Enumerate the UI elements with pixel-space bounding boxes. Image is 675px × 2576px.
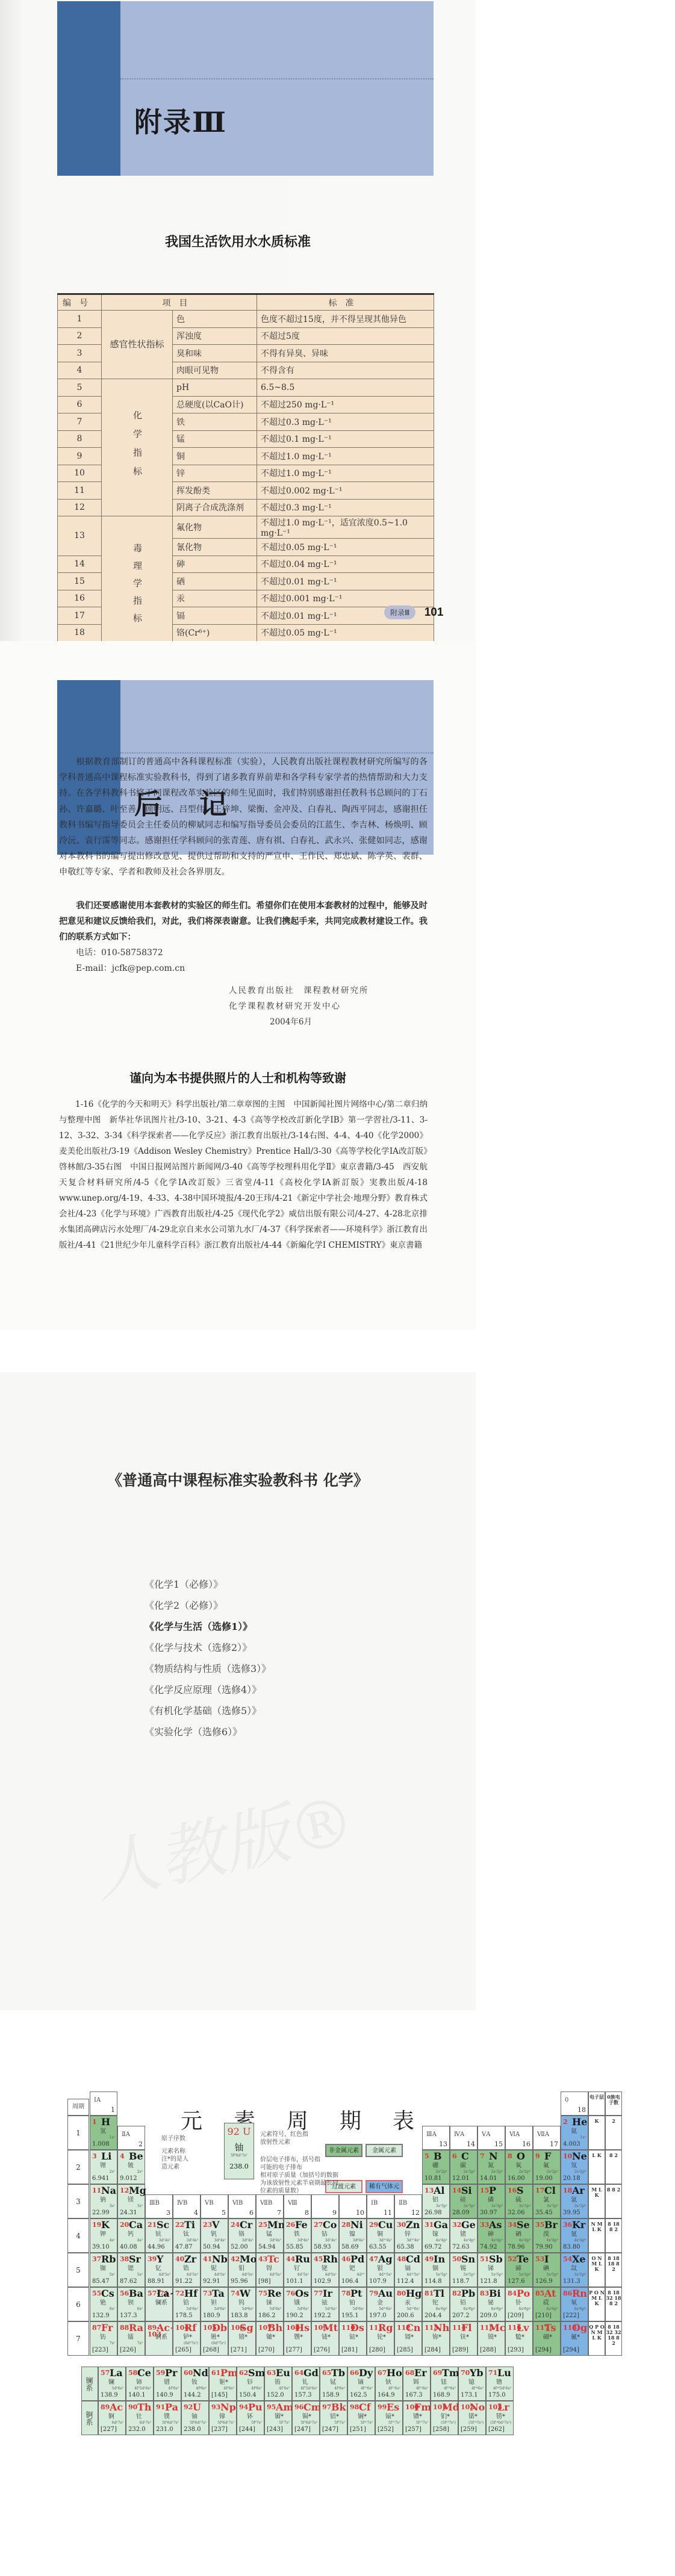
element-cell[interactable]: 107 Bh 𬭛* [270] bbox=[256, 2321, 284, 2356]
element-cell[interactable]: 114 Fl 𫓧* [289] bbox=[450, 2321, 477, 2356]
element-cell[interactable]: 68 Er 铒 4f¹²6s² 167.3 bbox=[403, 2367, 431, 2401]
element-cell[interactable]: 83 Bi 铋 6s²6p³ 209.0 bbox=[477, 2287, 505, 2321]
row-item: 氰化物 bbox=[173, 539, 257, 556]
row-standard: 不超过250 mg·L⁻¹ bbox=[257, 396, 434, 413]
category-chemical: 化学指标 bbox=[102, 379, 173, 516]
signature-center: 化学课程教材研究开发中心 bbox=[229, 999, 369, 1014]
sample-config: 5f³6d¹7s² bbox=[225, 2153, 254, 2158]
element-cell[interactable]: 116 Lv 𫟷* [293] bbox=[505, 2321, 533, 2356]
legend-metal: 金属元素 bbox=[365, 2144, 403, 2157]
sample-name: 铀 bbox=[225, 2141, 254, 2153]
element-cell[interactable]: 89 Ac 锕 6d¹7s² [227] bbox=[98, 2401, 126, 2435]
table-row: 13 毒理学指标 氟化物 不超过1.0 mg·L⁻¹，适宜浓度0.5~1.0 m… bbox=[58, 516, 434, 539]
annotation-element-name: 元素名称 注*的是人造元素 bbox=[161, 2147, 193, 2171]
row-standard: 不超过0.1 mg·L⁻¹ bbox=[257, 430, 434, 448]
element-cell[interactable]: 73 Ta 钽 5d³6s² 180.9 bbox=[201, 2287, 228, 2321]
element-cell[interactable]: 60 Nd 钕 4f⁴6s² 144.2 bbox=[181, 2367, 209, 2401]
element-cell[interactable]: 57-71 La~Lu 镧系 bbox=[145, 2287, 173, 2321]
element-cell[interactable]: 88 Ra 镭 7s² [226] bbox=[117, 2321, 145, 2356]
element-cell[interactable]: 61 Pm 钷* 4f⁵6s² [145] bbox=[209, 2367, 237, 2401]
annotation-mass: 相对原子质量（加括号的数据为该放射性元素半衰期最长同位素的质量数） bbox=[260, 2172, 338, 2195]
column-header-standard: 标准 bbox=[257, 294, 434, 311]
row-number: 2 bbox=[58, 327, 102, 345]
element-cell[interactable]: 100 Fm 镄* 5f¹²7s² [257] bbox=[403, 2401, 431, 2435]
element-cell[interactable]: 36 Kr 氪 4s²4p⁶ 83.80 bbox=[561, 2218, 588, 2253]
element-cell[interactable]: 20 Ca 钙 4s² 40.08 bbox=[117, 2218, 145, 2253]
element-cell[interactable]: 69 Tm 铥 4f¹³6s² 168.9 bbox=[431, 2367, 458, 2401]
element-cell[interactable]: 72 Hf 铪 5d²6s² 178.5 bbox=[173, 2287, 201, 2321]
element-cell[interactable]: 90 Th 钍 6d²7s² 232.0 bbox=[126, 2401, 154, 2435]
shell-layers: Q P O N M L K bbox=[588, 2321, 605, 2356]
list-item-current: 《化学与生活（选修1）》 bbox=[145, 1616, 271, 1637]
element-cell[interactable]: 6 C 碳 2s²2p² 12.01 bbox=[450, 2150, 477, 2184]
group-header: ⅦB7 bbox=[256, 2194, 284, 2218]
group-header: 9 bbox=[311, 2194, 339, 2218]
period-label: 2 bbox=[67, 2150, 89, 2184]
row-standard: 不得含有 bbox=[257, 362, 434, 379]
element-cell[interactable]: 25 Mn 锰 3d⁵4s² 54.94 bbox=[256, 2218, 284, 2253]
element-cell[interactable]: 15 P 磷 3s²3p³ 30.97 bbox=[477, 2184, 505, 2218]
element-cell[interactable]: 56 Ba 钡 6s² 137.3 bbox=[117, 2287, 145, 2321]
element-cell[interactable]: 96 Cm 锔* 5f⁷6d¹7s² [247] bbox=[292, 2401, 320, 2435]
row-number: 6 bbox=[58, 396, 102, 413]
period-label: 1 bbox=[67, 2116, 89, 2150]
header-dotted-rule bbox=[120, 78, 434, 79]
group-header: ⅣA14 bbox=[450, 2126, 477, 2150]
group-header: ⅥB6 bbox=[228, 2194, 256, 2218]
period-label: 6 bbox=[67, 2287, 89, 2321]
row-standard: 色度不超过15度，并不得呈现其他异色 bbox=[257, 311, 434, 328]
element-cell[interactable]: 35 Br 溴 4s²4p⁵ 79.90 bbox=[533, 2218, 561, 2253]
element-cell[interactable]: 24 Cr 铬 3d⁵4s¹ 52.00 bbox=[228, 2218, 256, 2253]
list-item: 《实验化学（选修6）》 bbox=[145, 1721, 271, 1742]
element-cell[interactable]: 41 Nb 铌 4d⁴5s¹ 92.91 bbox=[201, 2253, 228, 2287]
shell-layers: O N M L K bbox=[588, 2253, 605, 2287]
paragraph-text: 根据教育部制订的普通高中各科课程标准（实验），人民教育出版社课程教材研究所编写的… bbox=[59, 754, 428, 881]
element-cell[interactable]: 99 Es 锿* 5f¹¹7s² [252] bbox=[375, 2401, 403, 2435]
element-cell[interactable]: 64 Gd 钆 4f⁷5d¹6s² 157.3 bbox=[292, 2367, 320, 2401]
element-cell[interactable]: 22 Ti 钛 3d²4s² 47.87 bbox=[173, 2218, 201, 2253]
row-item: 锰 bbox=[173, 430, 257, 448]
element-cell[interactable]: 50 Sn 锡 5s²5p² 118.7 bbox=[450, 2253, 477, 2287]
header-accent-bar bbox=[57, 1, 120, 176]
group-header: 018 bbox=[561, 2091, 588, 2116]
row-standard: 不超过0.3 mg·L⁻¹ bbox=[257, 413, 434, 431]
list-item: 《化学反应原理（选修4）》 bbox=[145, 1679, 271, 1700]
row-number: 15 bbox=[58, 573, 102, 590]
group-header: ⅠB11 bbox=[367, 2194, 394, 2218]
element-cell[interactable]: 11 Na 钠 3s¹ 22.99 bbox=[90, 2184, 117, 2218]
shell-layers: L K bbox=[588, 2150, 605, 2184]
shell-electron-counts: 8 2 bbox=[605, 2150, 622, 2184]
element-cell[interactable]: 111 Rg 𬬭* [280] bbox=[367, 2321, 394, 2356]
element-cell[interactable]: 48 Cd 镉 4d¹⁰5s² 112.4 bbox=[394, 2253, 422, 2287]
shell-layers: M L K bbox=[588, 2184, 605, 2218]
annotation-symbol: 元素符号，红色指放射性元素 bbox=[260, 2131, 311, 2146]
afterword-paragraph-2: 我们还要感谢使用本套教材的实验区的师生们。希望你们在使用本套教材的过程中，能够及… bbox=[59, 898, 428, 946]
element-cell[interactable]: 53 I 碘 5s²5p⁵ 126.9 bbox=[533, 2253, 561, 2287]
row-item: 氟化物 bbox=[173, 516, 257, 539]
element-cell[interactable]: 112 Cn 鿔* [285] bbox=[394, 2321, 422, 2356]
element-cell[interactable]: 78 Pt 铂 5d⁹6s¹ 195.1 bbox=[339, 2287, 367, 2321]
row-number: 16 bbox=[58, 590, 102, 607]
element-cell[interactable]: 16 S 硫 3s²3p⁴ 32.06 bbox=[505, 2184, 533, 2218]
series-title: 《普通高中课程标准实验教科书 化学》 bbox=[0, 1469, 476, 1490]
row-number: 3 bbox=[58, 345, 102, 362]
element-cell[interactable]: 87 Fr 钫 7s¹ [223] bbox=[90, 2321, 117, 2356]
folio-section-label: 附录Ⅲ bbox=[384, 605, 415, 619]
table-title: 我国生活饮用水水质标准 bbox=[0, 232, 476, 250]
element-cell[interactable]: 27 Co 钴 3d⁷4s² 58.93 bbox=[311, 2218, 339, 2253]
period-label: 5 bbox=[67, 2253, 89, 2287]
element-cell[interactable]: 12 Mg 镁 3s² 24.31 bbox=[117, 2184, 145, 2218]
row-number: 7 bbox=[58, 413, 102, 431]
shell-electron-counts: 2 bbox=[605, 2116, 622, 2150]
element-cell[interactable]: 75 Re 铼 5d⁵6s² 186.2 bbox=[256, 2287, 284, 2321]
row-item: 浑浊度 bbox=[173, 327, 257, 345]
chapter-header-band: 附录Ⅲ bbox=[57, 1, 434, 176]
group-header: ⅤA15 bbox=[477, 2126, 505, 2150]
element-cell[interactable]: 101 Md 钔* (5f¹³7s²) [258] bbox=[431, 2401, 458, 2435]
element-cell[interactable]: 13 Al 铝 3s²3p¹ 26.98 bbox=[422, 2184, 450, 2218]
water-standard-table: 编号 项目 标准 1 感官性状指标 色 色度不超过15度，并不得呈现其他异色 2… bbox=[57, 293, 434, 641]
row-number: 1 bbox=[58, 311, 102, 328]
element-cell[interactable]: 95 Am 镅* 5f⁷7s² [243] bbox=[264, 2401, 292, 2435]
signature-date: 2004年6月 bbox=[229, 1014, 369, 1030]
lanthanide-label: 镧系 bbox=[81, 2367, 98, 2401]
element-cell[interactable]: 4 Be 铍 2s² 9.012 bbox=[117, 2150, 145, 2184]
element-cell[interactable]: 5 B 硼 2s²2p¹ 10.81 bbox=[422, 2150, 450, 2184]
page-appendix-3: 附录Ⅲ 我国生活饮用水水质标准 编号 项目 标准 1 感官性状指标 色 色度不超… bbox=[0, 0, 476, 641]
period-label: 3 bbox=[67, 2184, 89, 2218]
element-cell[interactable]: 28 Ni 镍 3d⁸4s² 58.69 bbox=[339, 2218, 367, 2253]
element-cell[interactable]: 91 Pa 镤 5f²6d¹7s² 231.0 bbox=[154, 2401, 181, 2435]
element-cell[interactable]: 92 U 铀 5f³6d¹7s² 238.0 bbox=[181, 2401, 209, 2435]
row-item: 汞 bbox=[173, 590, 257, 607]
element-cell[interactable]: 103 Lr 铹* (5f¹⁴6d¹7s²) [262] bbox=[486, 2401, 514, 2435]
element-cell[interactable]: 98 Cf 锎* 5f¹⁰7s² [251] bbox=[347, 2401, 375, 2435]
element-cell[interactable]: 84 Po 钋 6s²6p⁴ [209] bbox=[505, 2287, 533, 2321]
row-standard: 不超过1.0 mg·L⁻¹，适宜浓度0.5~1.0 mg·L⁻¹ bbox=[257, 516, 434, 539]
row-standard: 不超过0.3 mg·L⁻¹ bbox=[257, 499, 434, 516]
actinide-label: 锕系 bbox=[81, 2401, 98, 2435]
element-cell[interactable]: 32 Ge 锗 4s²4p² 72.63 bbox=[450, 2218, 477, 2253]
annotation-config: 价层电子排布，括号指可能的电子排布 bbox=[260, 2156, 320, 2172]
element-cell[interactable]: 29 Cu 铜 3d¹⁰4s¹ 63.55 bbox=[367, 2218, 394, 2253]
list-item: 《化学2（必修）》 bbox=[145, 1595, 271, 1616]
page-number: 101 bbox=[425, 606, 444, 619]
row-item: 铜 bbox=[173, 448, 257, 465]
element-cell[interactable]: 55 Cs 铯 6s¹ 132.9 bbox=[90, 2287, 117, 2321]
row-number: 11 bbox=[58, 482, 102, 500]
legend-noble-gas: 稀有气体元素 bbox=[365, 2180, 403, 2193]
email-address[interactable]: E-mail：jcfk@pep.com.cn bbox=[76, 961, 185, 976]
page-folio: 附录Ⅲ 101 bbox=[384, 605, 443, 619]
row-item: 肉眼可见物 bbox=[173, 362, 257, 379]
row-number: 9 bbox=[58, 448, 102, 465]
row-standard: 不超过0.04 mg·L⁻¹ bbox=[257, 556, 434, 573]
element-cell[interactable]: 85 At 砹 6s²6p⁵ [210] bbox=[533, 2287, 561, 2321]
row-item: 锌 bbox=[173, 465, 257, 482]
element-cell[interactable]: 94 Pu 钚 5f⁶7s² [244] bbox=[237, 2401, 264, 2435]
page-series-list: 《普通高中课程标准实验教科书 化学》 《化学1（必修）》 《化学2（必修）》 《… bbox=[0, 1372, 476, 2010]
element-cell[interactable]: 104 Rf 𬬻* (6d²7s²) [265] bbox=[173, 2321, 201, 2356]
sample-z-symbol: 92 U bbox=[225, 2126, 254, 2137]
row-standard: 不超过0.05 mg·L⁻¹ bbox=[257, 539, 434, 556]
row-item: 阴离子合成洗涤剂 bbox=[173, 499, 257, 516]
table-header-row: 编号 项目 标准 bbox=[58, 294, 434, 311]
shell-electron-counts: 8 18 32 32 18 8 2 bbox=[605, 2321, 622, 2356]
element-cell[interactable]: 65 Tb 铽 4f⁹6s² 158.9 bbox=[320, 2367, 347, 2401]
element-cell[interactable]: 93 Np 镎 5f⁴6d¹7s² [237] bbox=[209, 2401, 237, 2435]
element-cell[interactable]: 67 Ho 钬 4f¹¹6s² 164.9 bbox=[375, 2367, 403, 2401]
group-header: ⅡB12 bbox=[394, 2194, 422, 2218]
element-cell[interactable]: 57 La 镧 5d¹6s² 138.9 bbox=[98, 2367, 126, 2401]
chapter-title: 附录Ⅲ bbox=[134, 101, 227, 140]
row-standard: 不超过0.05 mg·L⁻¹ bbox=[257, 624, 434, 641]
period-header: 周期 bbox=[67, 2099, 89, 2116]
element-cell[interactable]: 117 Ts 鿬* [294] bbox=[533, 2321, 561, 2356]
row-item: 铬(Cr⁶⁺) bbox=[173, 624, 257, 641]
row-standard: 6.5~8.5 bbox=[257, 379, 434, 397]
element-cell[interactable]: 86 Rn 氡 6s²6p⁶ [222] bbox=[561, 2287, 588, 2321]
group-header: ⅢA13 bbox=[422, 2126, 450, 2150]
row-item: 挥发酚类 bbox=[173, 482, 257, 500]
afterword-paragraph-1: 根据教育部制订的普通高中各科课程标准（实验），人民教育出版社课程教材研究所编写的… bbox=[59, 754, 428, 881]
element-cell[interactable]: 42 Mo 钼 4d⁵5s¹ 95.96 bbox=[228, 2253, 256, 2287]
shell-layers: K bbox=[588, 2116, 605, 2150]
group-header: ⅠA1 bbox=[90, 2091, 117, 2116]
legend-nonmetal: 非金属元素 bbox=[325, 2144, 362, 2157]
signature-block: 人民教育出版社 课程教材研究所 化学课程教材研究开发中心 2004年6月 bbox=[229, 983, 369, 1030]
sample-mass: 238.0 bbox=[225, 2163, 254, 2170]
paragraph-text: 我们还要感谢使用本套教材的实验区的师生们。希望你们在使用本套教材的过程中，能够及… bbox=[59, 898, 428, 946]
shell-layers: N M L K bbox=[588, 2218, 605, 2253]
element-cell[interactable]: 51 Sb 锑 5s²5p³ 121.8 bbox=[477, 2253, 505, 2287]
element-cell[interactable]: 79 Au 金 5d¹⁰6s¹ 197.0 bbox=[367, 2287, 394, 2321]
element-cell[interactable]: 44 Ru 钌 4d⁷5s¹ 101.1 bbox=[284, 2253, 311, 2287]
row-number: 8 bbox=[58, 430, 102, 448]
row-standard: 不超过1.0 mg·L⁻¹ bbox=[257, 465, 434, 482]
element-cell[interactable]: 89-103 Ac~Lr 锕系 bbox=[145, 2321, 173, 2356]
element-cell[interactable]: 81 Tl 铊 6s²6p¹ 204.4 bbox=[422, 2287, 450, 2321]
book-list: 《化学1（必修）》 《化学2（必修）》 《化学与生活（选修1）》 《化学与技术（… bbox=[145, 1574, 271, 1742]
element-cell[interactable]: 70 Yb 镱 4f¹⁴6s² 173.1 bbox=[458, 2367, 486, 2401]
group-header: ⅡA2 bbox=[117, 2126, 145, 2150]
row-standard: 不得有异臭、异味 bbox=[257, 345, 434, 362]
element-cell[interactable]: 59 Pr 镨 4f³6s² 140.9 bbox=[154, 2367, 181, 2401]
element-cell[interactable]: 47 Ag 银 4d¹⁰5s¹ 107.9 bbox=[367, 2253, 394, 2287]
row-number: 18 bbox=[58, 624, 102, 641]
element-cell[interactable]: 80 Hg 汞 5d¹⁰6s² 200.6 bbox=[394, 2287, 422, 2321]
element-cell[interactable]: 77 Ir 铱 5d⁷6s² 192.2 bbox=[311, 2287, 339, 2321]
legend-sample-cell: 92 U 铀 5f³6d¹7s² 238.0 bbox=[224, 2123, 254, 2179]
row-number: 10 bbox=[58, 465, 102, 482]
row-number: 17 bbox=[58, 607, 102, 625]
element-cell[interactable]: 3 Li 锂 2s¹ 6.941 bbox=[90, 2150, 117, 2184]
row-item: 色 bbox=[173, 311, 257, 328]
row-standard: 不超过0.001 mg·L⁻¹ bbox=[257, 590, 434, 607]
element-cell[interactable]: 2 He 氦 1s² 4.003 bbox=[561, 2116, 588, 2150]
group-header: ⅣB4 bbox=[173, 2194, 201, 2218]
header-dotted-rule bbox=[120, 752, 434, 754]
group-header: ⅥA16 bbox=[505, 2126, 533, 2150]
element-cell[interactable]: 76 Os 锇 5d⁶6s² 190.2 bbox=[284, 2287, 311, 2321]
element-cell[interactable]: 46 Pd 钯 4d¹⁰ 106.4 bbox=[339, 2253, 367, 2287]
electron-count-header: 0族电子数 bbox=[605, 2091, 622, 2116]
row-standard: 不超过5度 bbox=[257, 327, 434, 345]
row-item: pH bbox=[173, 379, 257, 397]
list-item: 《物质结构与性质（选修3）》 bbox=[145, 1658, 271, 1679]
element-cell[interactable]: 1 H 氢 1s¹ 1.008 bbox=[90, 2116, 117, 2150]
row-standard: 不超过0.01 mg·L⁻¹ bbox=[257, 573, 434, 590]
element-cell[interactable]: 66 Dy 镝 4f¹⁰6s² 162.5 bbox=[347, 2367, 375, 2401]
phone-number: 电话：010-58758372 bbox=[76, 945, 185, 961]
element-cell[interactable]: 63 Eu 铕 4f⁷6s² 152.0 bbox=[264, 2367, 292, 2401]
row-standard: 不超过1.0 mg·L⁻¹ bbox=[257, 448, 434, 465]
element-cell[interactable]: 118 Og 鿫* [294] bbox=[561, 2321, 588, 2356]
list-item: 《化学与技术（选修2）》 bbox=[145, 1637, 271, 1658]
row-standard: 不超过0.002 mg·L⁻¹ bbox=[257, 482, 434, 500]
row-number: 13 bbox=[58, 516, 102, 556]
table-row: 5 化学指标 pH 6.5~8.5 bbox=[58, 379, 434, 397]
element-cell[interactable]: 45 Rh 铑 4d⁸5s¹ 102.9 bbox=[311, 2253, 339, 2287]
row-number: 4 bbox=[58, 362, 102, 379]
element-cell[interactable]: 82 Pb 铅 6s²6p² 207.2 bbox=[450, 2287, 477, 2321]
element-cell[interactable]: 34 Se 硒 4s²4p⁴ 78.96 bbox=[505, 2218, 533, 2253]
category-sensory: 感官性状指标 bbox=[102, 311, 173, 379]
group-header: ⅦA17 bbox=[533, 2126, 561, 2150]
row-item: 镉 bbox=[173, 607, 257, 625]
element-cell[interactable]: 74 W 钨 5d⁴6s² 183.8 bbox=[228, 2287, 256, 2321]
element-cell[interactable]: 97 Bk 锫* 5f⁹7s² [247] bbox=[320, 2401, 347, 2435]
row-item: 臭和味 bbox=[173, 345, 257, 362]
element-cell[interactable]: 14 Si 硅 3s²3p² 28.09 bbox=[450, 2184, 477, 2218]
shell-electron-counts: 8 8 2 bbox=[605, 2184, 622, 2218]
element-cell[interactable]: 40 Zr 锆 4d²5s² 91.22 bbox=[173, 2253, 201, 2287]
element-cell[interactable]: 21 Sc 钪 3d¹4s² 44.96 bbox=[145, 2218, 173, 2253]
period-label: 4 bbox=[67, 2218, 89, 2253]
credits-title: 谨向为本书提供照片的人士和机构等致谢 bbox=[0, 1068, 476, 1086]
element-cell[interactable]: 115 Mc 镆* [288] bbox=[477, 2321, 505, 2356]
group-header: 10 bbox=[339, 2194, 367, 2218]
element-cell[interactable]: 62 Sm 钐 4f⁶6s² 150.4 bbox=[237, 2367, 264, 2401]
row-item: 砷 bbox=[173, 556, 257, 573]
element-cell[interactable]: 19 K 钾 4s¹ 39.10 bbox=[90, 2218, 117, 2253]
page-periodic-table: 元素周期表 周期 非金属元素 金属元素 过渡元素 稀有气体元素 92 U 铀 5… bbox=[0, 2052, 675, 2576]
period-label: 7 bbox=[67, 2321, 89, 2356]
element-cell[interactable]: 17 Cl 氯 3s²3p⁵ 35.45 bbox=[533, 2184, 561, 2218]
element-cell[interactable]: 102 No 锘* (5f¹⁴7s²) [259] bbox=[458, 2401, 486, 2435]
element-cell[interactable]: 38 Sr 锶 5s² 87.62 bbox=[117, 2253, 145, 2287]
table-row: 1 感官性状指标 色 色度不超过15度，并不得呈现其他异色 bbox=[58, 311, 434, 328]
element-cell[interactable]: 39 Y 钇 4d¹5s² 88.91 bbox=[145, 2253, 173, 2287]
group-header: ⅢB3 bbox=[145, 2194, 173, 2218]
element-cell[interactable]: 31 Ga 镓 4s²4p¹ 69.72 bbox=[422, 2218, 450, 2253]
row-number: 5 bbox=[58, 379, 102, 397]
row-number: 14 bbox=[58, 556, 102, 573]
element-cell[interactable]: 10 Ne 氖 2s²2p⁶ 20.18 bbox=[561, 2150, 588, 2184]
element-cell[interactable]: 26 Fe 铁 3d⁶4s² 55.85 bbox=[284, 2218, 311, 2253]
element-cell[interactable]: 52 Te 碲 5s²5p⁴ 127.6 bbox=[505, 2253, 533, 2287]
row-number: 12 bbox=[58, 499, 102, 516]
element-cell[interactable]: 54 Xe 氙 5s²5p⁶ 131.3 bbox=[561, 2253, 588, 2287]
element-cell[interactable]: 113 Nh 鿭* [284] bbox=[422, 2321, 450, 2356]
periodic-table-title: 元素周期表 bbox=[181, 2104, 446, 2135]
shell-header: 电子层 bbox=[588, 2091, 605, 2116]
element-cell[interactable]: 43 Tc 锝 4d⁵5s² [98] bbox=[256, 2253, 284, 2287]
element-cell[interactable]: 30 Zn 锌 3d¹⁰4s² 65.38 bbox=[394, 2218, 422, 2253]
shell-layers: P O N M L K bbox=[588, 2287, 605, 2321]
page-afterword: 后 记 根据教育部制订的普通高中各科课程标准（实验），人民教育出版社课程教材研究… bbox=[0, 641, 476, 1330]
element-cell[interactable]: 105 Db 𬭊* (6d³7s²) [268] bbox=[201, 2321, 228, 2356]
photo-credits-text: 1-16《化学的今天和明天》科学出版社/第二章章图的主图 中国新闻社图片网络中心… bbox=[59, 1097, 428, 1253]
element-cell[interactable]: 49 In 铟 5s²5p¹ 114.8 bbox=[422, 2253, 450, 2287]
element-cell[interactable]: 23 V 钒 3d³4s² 50.94 bbox=[201, 2218, 228, 2253]
element-cell[interactable]: 71 Lu 镥 4f¹⁴5d¹6s² 175.0 bbox=[486, 2367, 514, 2401]
publisher-watermark: 人教版® bbox=[83, 1767, 362, 1915]
element-cell[interactable]: 7 N 氮 2s²2p³ 14.01 bbox=[477, 2150, 505, 2184]
annotation-atomic-number: 原子序数 bbox=[161, 2135, 185, 2143]
list-item: 《有机化学基础（选修5）》 bbox=[145, 1700, 271, 1721]
group-header: ⅤB5 bbox=[201, 2194, 228, 2218]
column-header-number: 编号 bbox=[58, 294, 102, 311]
element-cell[interactable]: 108 Hs 𬭶* [277] bbox=[284, 2321, 311, 2356]
signature-publisher: 人民教育出版社 课程教材研究所 bbox=[229, 983, 369, 999]
element-cell[interactable]: 33 As 砷 4s²4p³ 74.92 bbox=[477, 2218, 505, 2253]
shell-electron-counts: 8 18 32 18 8 2 bbox=[605, 2287, 622, 2321]
row-item: 总硬度(以CaO计) bbox=[173, 396, 257, 413]
element-cell[interactable]: 110 Ds 𫟼* [281] bbox=[339, 2321, 367, 2356]
list-item: 《化学1（必修）》 bbox=[145, 1574, 271, 1595]
element-cell[interactable]: 9 F 氟 2s²2p⁵ 19.00 bbox=[533, 2150, 561, 2184]
row-item: 硒 bbox=[173, 573, 257, 590]
shell-electron-counts: 8 18 8 2 bbox=[605, 2218, 622, 2253]
element-cell[interactable]: 8 O 氧 2s²2p⁴ 16.00 bbox=[505, 2150, 533, 2184]
element-cell[interactable]: 109 Mt 鿏* [276] bbox=[311, 2321, 339, 2356]
element-cell[interactable]: 106 Sg 𬭳* [271] bbox=[228, 2321, 256, 2356]
row-item: 铁 bbox=[173, 413, 257, 431]
column-header-item: 项目 bbox=[102, 294, 257, 311]
element-cell[interactable]: 58 Ce 铈 4f¹5d¹6s² 140.1 bbox=[126, 2367, 154, 2401]
contact-block: 电话：010-58758372 E-mail：jcfk@pep.com.cn bbox=[76, 945, 185, 976]
shell-electron-counts: 8 18 18 8 2 bbox=[605, 2253, 622, 2287]
element-cell[interactable]: 37 Rb 铷 5s¹ 85.47 bbox=[90, 2253, 117, 2287]
category-toxicological: 毒理学指标 bbox=[102, 516, 173, 642]
element-cell[interactable]: 18 Ar 氩 3s²3p⁶ 39.95 bbox=[561, 2184, 588, 2218]
group-header: Ⅷ8 bbox=[284, 2194, 311, 2218]
